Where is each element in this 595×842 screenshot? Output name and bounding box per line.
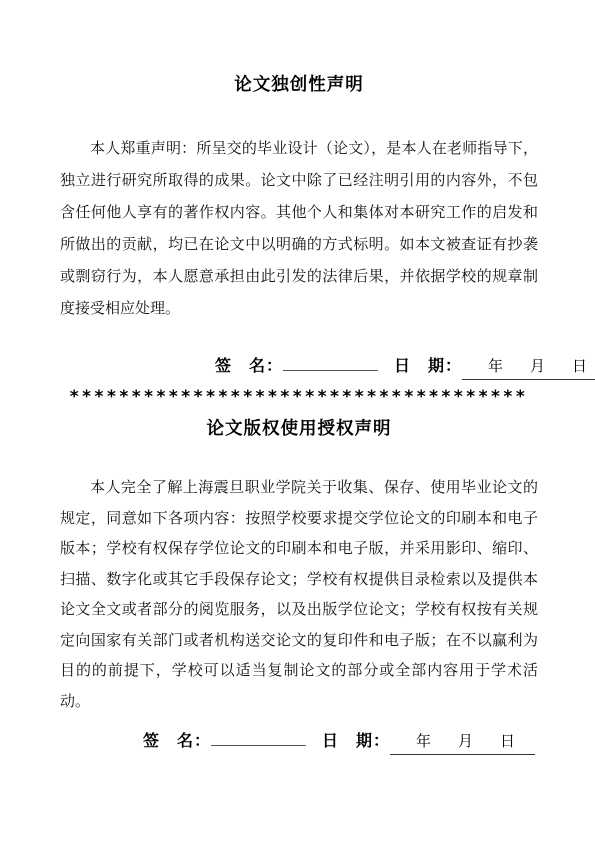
originality-declaration-title: 论文独创性声明 bbox=[60, 72, 538, 96]
copyright-authorization-body: 本人完全了解上海震旦职业学院关于收集、保存、使用毕业论文的规定，同意如下各项内容… bbox=[60, 473, 538, 717]
signature-date-label: 日 期： bbox=[394, 358, 462, 375]
page-content: 论文独创性声明 本人郑重声明：所呈交的毕业设计（论文），是本人在老师指导下，独立… bbox=[60, 0, 538, 755]
signature-date-units-line: 年 月 日 bbox=[462, 356, 595, 380]
document-page: 论文独创性声明 本人郑重声明：所呈交的毕业设计（论文），是本人在老师指导下，独立… bbox=[0, 0, 595, 842]
signature-blank-line bbox=[211, 728, 306, 746]
signature-date-units-line: 年 月 日 bbox=[390, 731, 535, 755]
asterisk-separator: ************************************* bbox=[60, 387, 538, 407]
signature-blank-line bbox=[283, 353, 378, 371]
copyright-authorization-title: 论文版权使用授权声明 bbox=[60, 416, 538, 440]
signature-row-declaration: 签 名：日 期：年 月 日 bbox=[215, 353, 538, 380]
signature-date-label: 日 期： bbox=[322, 733, 390, 750]
originality-declaration-body: 本人郑重声明：所呈交的毕业设计（论文），是本人在老师指导下，独立进行研究所取得的… bbox=[60, 133, 538, 325]
signature-name-label: 签 名： bbox=[143, 733, 211, 750]
signature-name-label: 签 名： bbox=[215, 358, 283, 375]
signature-row-authorization: 签 名：日 期：年 月 日 bbox=[143, 728, 538, 755]
